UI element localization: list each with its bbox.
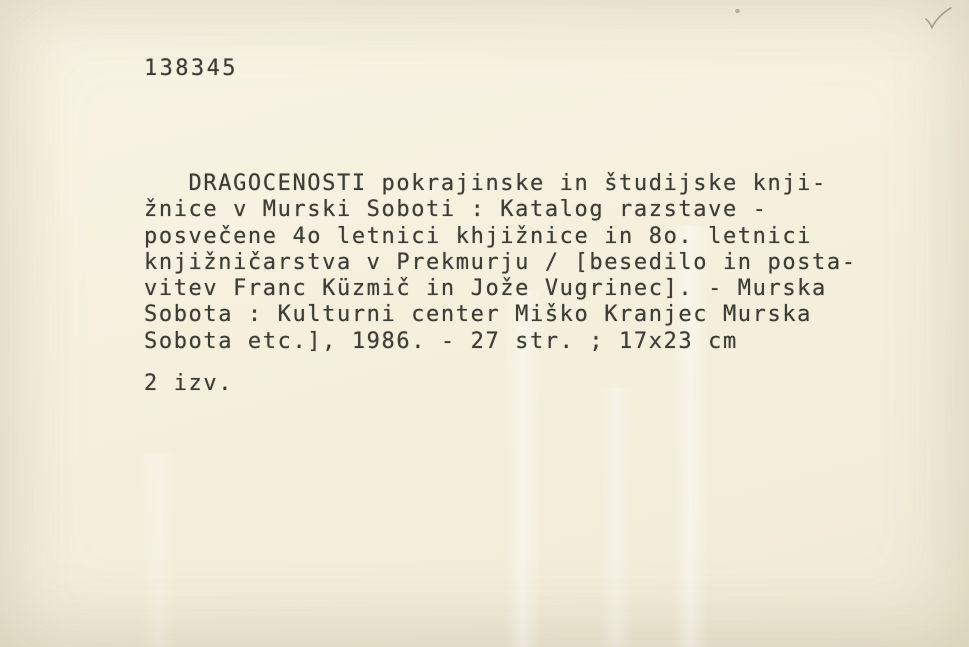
scan-streak [140,453,176,647]
copies-note: 2 izv. [144,371,233,396]
card-body: DRAGOCENOSTI pokrajinske in študijske kn… [144,171,857,355]
body-line-1: DRAGOCENOSTI pokrajinske in študijske kn… [144,171,857,197]
body-line-2: žnice v Murski Soboti : Katalog razstave… [144,197,857,223]
body-line-4: knjižničarstva v Prekmurju / [besedilo i… [144,250,857,276]
checkmark-icon [921,3,955,35]
body-line-6: Sobota : Kulturni center Miško Kranjec M… [144,302,857,328]
body-line-3: posvečene 4o letnici khjižnice in 8o. le… [144,224,857,250]
body-line-5: vitev Franc Küzmič in Jože Vugrinec]. - … [144,276,857,302]
catalog-number: 138345 [144,56,238,81]
body-line-7: Sobota etc.], 1986. - 27 str. ; 17x23 cm [144,329,857,355]
paper-speck [735,9,740,13]
scan-streak [598,388,634,647]
catalog-card: 138345 DRAGOCENOSTI pokrajinske in študi… [0,0,969,647]
